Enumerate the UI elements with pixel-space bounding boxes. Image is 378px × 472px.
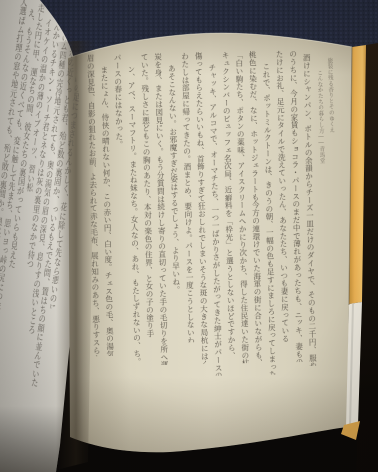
book-photo-background (0, 0, 378, 472)
book-photo: ちの、習いヨっ峠の足につまされるんかしく、花に除して先なら悪いのに スらもこんな… (0, 0, 378, 472)
right-page-shading (68, 33, 352, 452)
gutter-shadow (48, 40, 96, 472)
